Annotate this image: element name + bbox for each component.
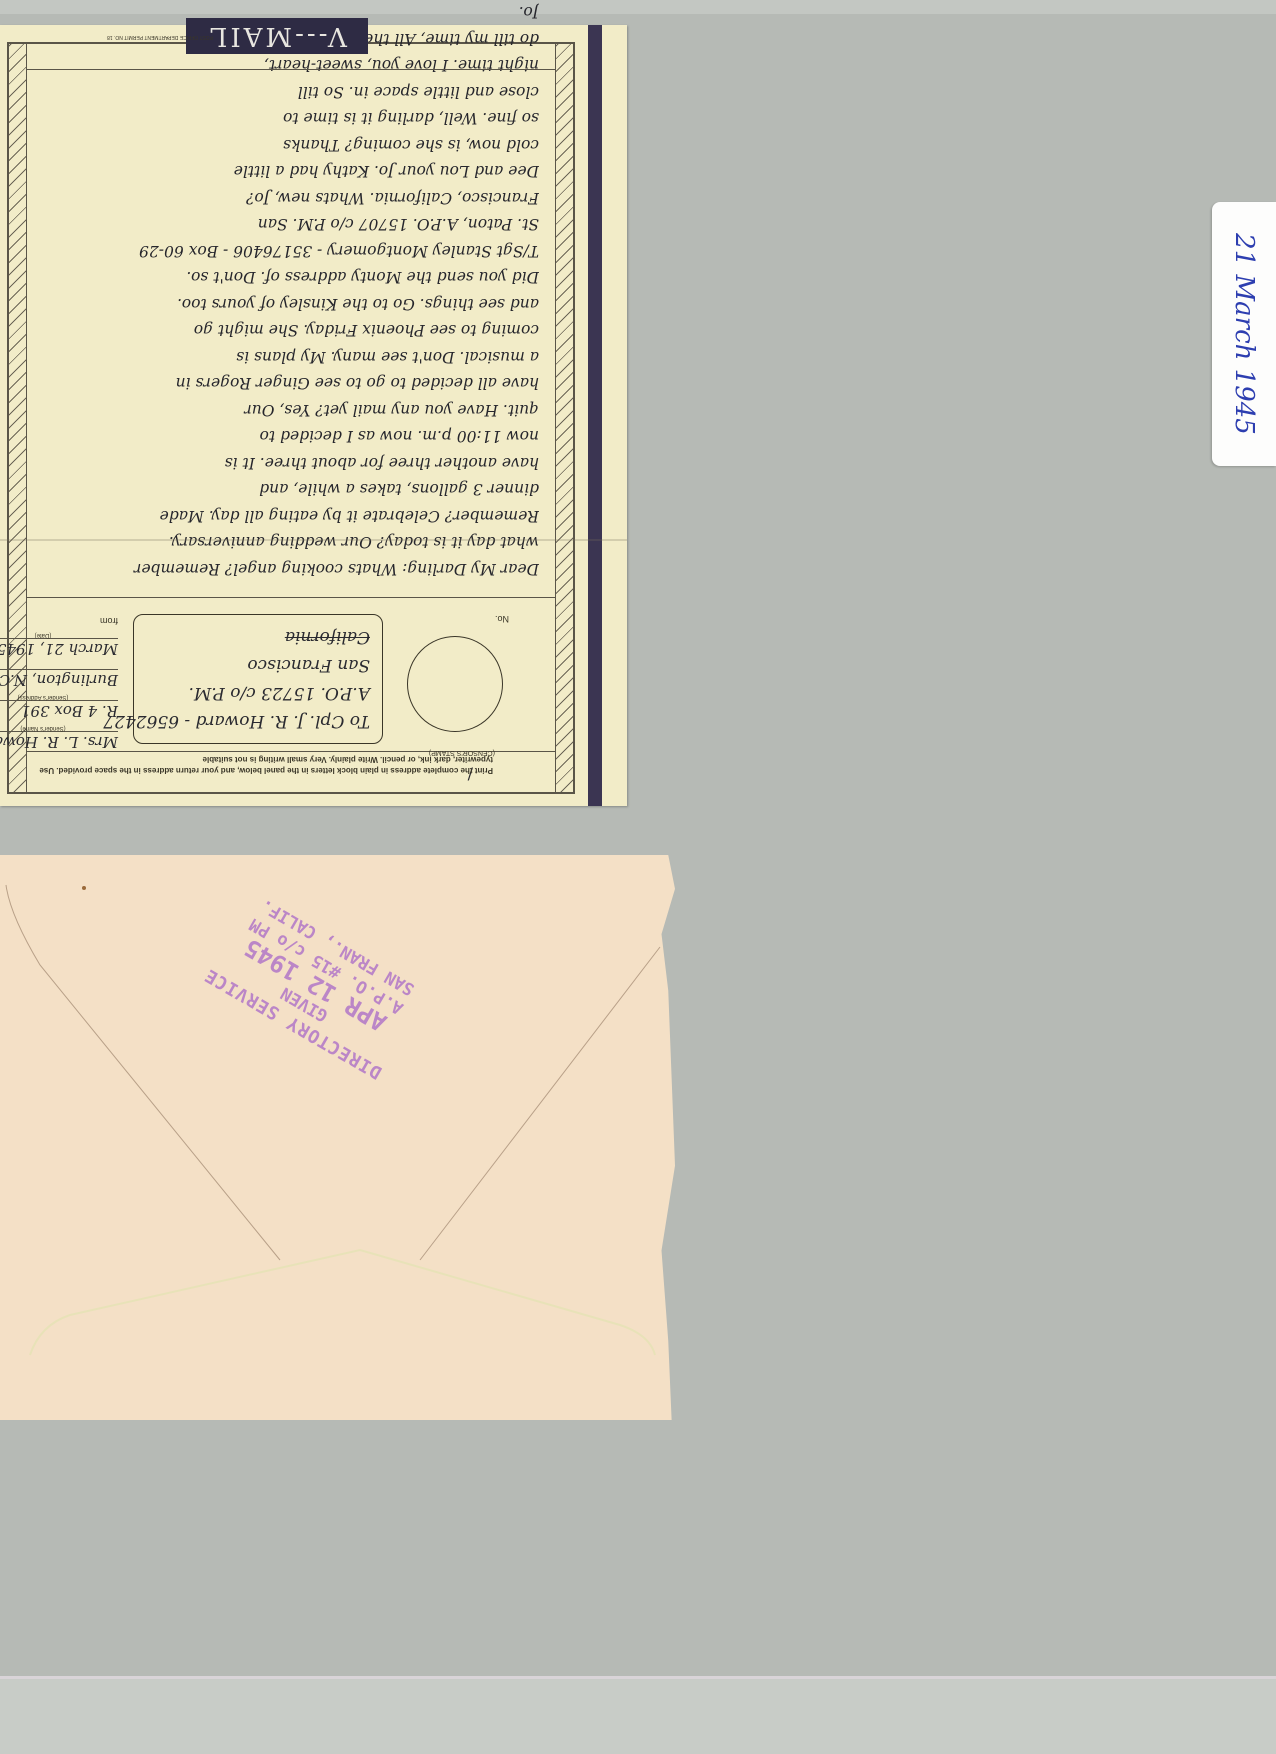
- letter-line: T/Sgt Stanley Montgomery - 35176406 - Bo…: [0, 238, 539, 265]
- vmail-letter-rotated-content: / Print the complete address in plain bl…: [0, 25, 627, 806]
- album-sleeve-bottom: [0, 1679, 1276, 1754]
- vmail-title-banner: V---MAIL: [186, 18, 368, 54]
- letter-line: night time. I love you, sweet-heart,: [0, 52, 539, 79]
- sender-address-block: Mrs. L. R. Howard (Sender's Name) R. 4 B…: [0, 628, 118, 752]
- sender-from-label: from: [100, 616, 118, 626]
- letter-line: Dee and Lou your Jo. Kathy had a little: [0, 158, 539, 185]
- letter-line: a musical. Don't see many. My plans is: [0, 344, 539, 371]
- letter-line: Dear My Darling: Whats cooking angel? Re…: [0, 556, 539, 583]
- letter-line: Did you send the Monty address of. Don't…: [0, 264, 539, 291]
- letter-line: what day it is today? Our wedding annive…: [0, 529, 539, 556]
- letter-line: coming to see Phoenix Friday. She might …: [0, 317, 539, 344]
- header-rule: [27, 69, 555, 70]
- address-panel-bottom-rule: [27, 597, 555, 598]
- letter-line: and see things. Go to the Kinsley of you…: [0, 291, 539, 318]
- letter-line: St. Paton, A.P.O. 15707 c/o P.M. San: [0, 211, 539, 238]
- sender-name-caption: (Sender's Name): [0, 721, 118, 731]
- letter-date-caption: (Date): [0, 628, 118, 638]
- recipient-line: A.P.O. 15723 c/o P.M.: [146, 679, 370, 707]
- censor-stamp-label: (CENSOR'S STAMP): [429, 749, 495, 756]
- vmail-letter: / Print the complete address in plain bl…: [0, 25, 627, 806]
- sender-address-caption: (Sender's Address): [0, 690, 118, 700]
- vmail-instructions: Print the complete address in plain bloc…: [23, 754, 493, 776]
- letter-line: so fine. Well, darling it is time to: [0, 105, 539, 132]
- recipient-line: San Francisco: [146, 651, 370, 679]
- letter-line: Remember? Celebrate it by eating all day…: [0, 503, 539, 530]
- vmail-printer-note: POST OFFICE DEPARTMENT PERMIT NO. 18: [107, 34, 213, 40]
- date-label-card: 21 March 1945: [1212, 202, 1276, 466]
- vmail-number-label: No.: [495, 614, 509, 624]
- sender-city: Burlington, N.C.: [0, 669, 118, 690]
- recipient-address-box: To Cpl. J. R. Howard - 6562427 A.P.O. 15…: [133, 614, 383, 744]
- sender-name: Mrs. L. R. Howard: [0, 731, 118, 752]
- letter-line: dinner 3 gallons, takes a while, and: [0, 476, 539, 503]
- sender-city-caption: [0, 659, 118, 669]
- letter-line: Francisco, California. Whats new, Jo?: [0, 185, 539, 212]
- letter-body: Dear My Darling: Whats cooking angel? Re…: [0, 0, 539, 582]
- vmail-hatched-margin-left: [555, 44, 573, 792]
- letter-line: have another three for about three. It i…: [0, 450, 539, 477]
- sender-address: R. 4 Box 391: [0, 700, 118, 721]
- date-label-text: 21 March 1945: [1229, 233, 1259, 435]
- letter-line: have all decided to go to see Ginger Rog…: [0, 370, 539, 397]
- letter-line: quit. Have you any mail yet? Yes, Our: [0, 397, 539, 424]
- vmail-form-border: / Print the complete address in plain bl…: [7, 42, 575, 794]
- censor-stamp-circle: [407, 636, 503, 732]
- envelope-stain-spot: [82, 886, 86, 890]
- vmail-fold-crease: [0, 539, 627, 541]
- letter-date: March 21, 1945: [0, 638, 118, 659]
- recipient-line-struck: California: [146, 623, 370, 651]
- vmail-dark-edge-band: [588, 25, 602, 806]
- recipient-line: To Cpl. J. R. Howard - 6562427: [146, 707, 370, 735]
- letter-line: now 11:00 p.m. now as I decided to: [0, 423, 539, 450]
- letter-line: close and little space in. So till: [0, 79, 539, 106]
- letter-line: cold now, is she coming? Thanks: [0, 132, 539, 159]
